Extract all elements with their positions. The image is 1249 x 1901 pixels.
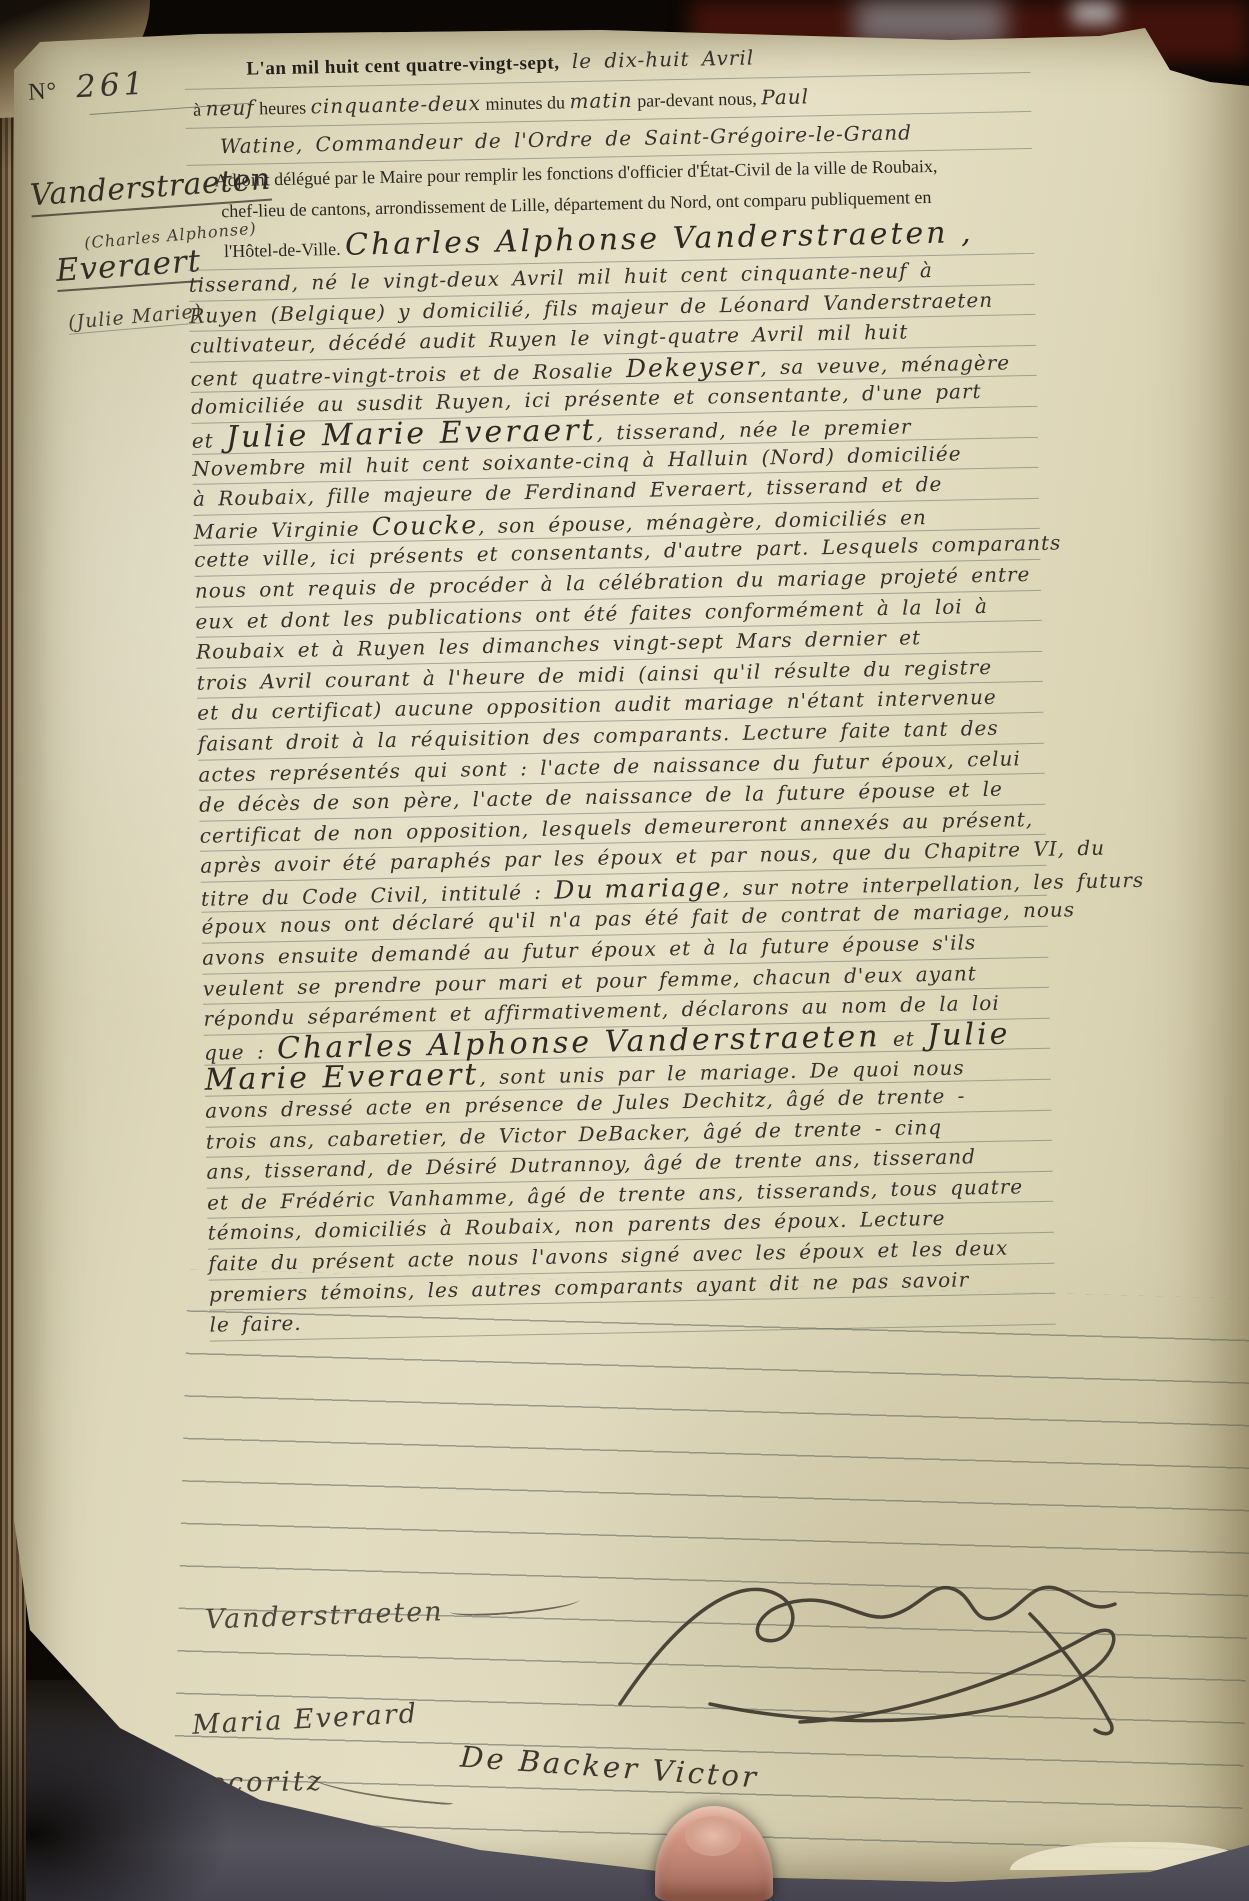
act-number-value: 261	[75, 66, 148, 106]
act-body: L'an mil huit cent quatre-vingt-sept, le…	[184, 32, 1056, 1342]
register-page: N° 261 Vanderstraeten (Charles Alphonse)…	[10, 26, 1249, 1886]
background-object-gray	[856, 0, 1006, 44]
registry-page-photo: N° 261 Vanderstraeten (Charles Alphonse)…	[0, 0, 1249, 1901]
margin-bride-firstnames: (Julie Marie)	[67, 300, 203, 335]
margin-bride-surname: Everaert	[55, 243, 203, 292]
background-object-light	[1072, 2, 1116, 24]
act-number-label: N°	[28, 78, 58, 105]
officer-signature	[590, 1554, 1150, 1764]
